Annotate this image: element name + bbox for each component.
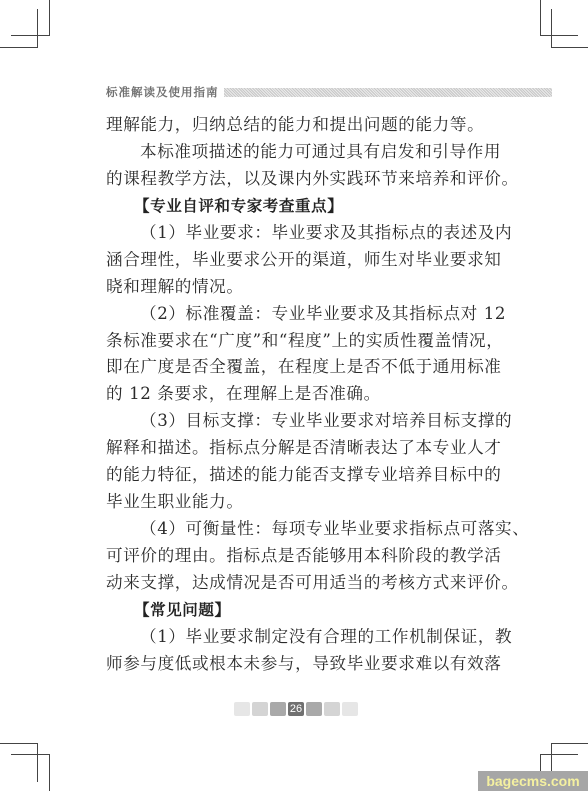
text-line: （4）可衡量性：每项专业毕业要求指标点可落实、 [106,516,490,543]
crop-mark-bottom-left [37,743,38,782]
text-line: 的能力特征，描述的能力能否支撑专业培养目标中的 [106,462,490,489]
page-indicator-box [270,702,286,716]
page-indicator-box [306,702,322,716]
text-line: 涵合理性，毕业要求公开的渠道，师生对毕业要求知 [106,247,490,274]
text-line: 的课程教学方法，以及课内外实践环节来培养和评价。 [106,166,490,193]
text-line: 晓和理解的情况。 [106,274,490,301]
current-page-number: 26 [288,702,304,716]
crop-mark-top-right [551,47,588,48]
running-header: 标准解读及使用指南 [106,84,552,100]
page-indicator-box [324,702,340,716]
page-indicator-box [342,702,358,716]
text-line: （1）毕业要求：毕业要求及其指标点的表述及内 [106,220,490,247]
crop-mark-top-left [37,9,38,48]
text-line: 条标准要求在“广度”和“程度”上的实质性覆盖情况， [106,328,490,355]
body-text: 理解能力，归纳总结的能力和提出问题的能力等。本标准项描述的能力可通过具有启发和引… [106,112,490,678]
text-line: 可评价的理由。指标点是否能够用本科阶段的教学活 [106,543,490,570]
crop-mark-bottom-right [540,754,578,755]
crop-mark-top-right [551,9,552,48]
text-line: （1）毕业要求制定没有合理的工作机制保证，教 [106,624,490,651]
crop-mark-bottom-left [49,754,50,791]
crop-mark-top-left [11,35,50,36]
page-number-indicator: 26 [234,702,358,716]
crop-mark-bottom-left [11,754,50,755]
text-line: 师参与度低或根本未参与，导致毕业要求难以有效落 [106,651,490,678]
header-decorative-bar [224,88,553,97]
crop-mark-top-right [540,0,541,36]
page-indicator-box [252,702,268,716]
section-heading: 【专业自评和专家考查重点】 [106,193,490,220]
crop-mark-top-left [0,47,38,48]
crop-mark-top-right [540,35,578,36]
text-line: 解释和描述。指标点分解是否清晰表达了本专业人才 [106,435,490,462]
text-line: 即在广度是否全覆盖，在程度上是否不低于通用标准 [106,354,490,381]
text-line: 本标准项描述的能力可通过具有启发和引导作用 [106,139,490,166]
crop-mark-bottom-left [0,743,38,744]
text-line: （2）标准覆盖：专业毕业要求及其指标点对 12 [106,301,490,328]
watermark: bagecms.com [478,771,588,791]
page-indicator-box [234,702,250,716]
text-line: 理解能力，归纳总结的能力和提出问题的能力等。 [106,112,490,139]
crop-mark-bottom-right [551,743,588,744]
text-line: 动来支撑，达成情况是否可用适当的考核方式来评价。 [106,570,490,597]
text-line: 毕业生职业能力。 [106,489,490,516]
section-heading: 【常见问题】 [106,597,490,624]
running-header-title: 标准解读及使用指南 [106,84,219,100]
crop-mark-top-left [49,0,50,36]
text-line: 的 12 条要求，在理解上是否准确。 [106,381,490,408]
text-line: （3）目标支撑：专业毕业要求对培养目标支撑的 [106,408,490,435]
